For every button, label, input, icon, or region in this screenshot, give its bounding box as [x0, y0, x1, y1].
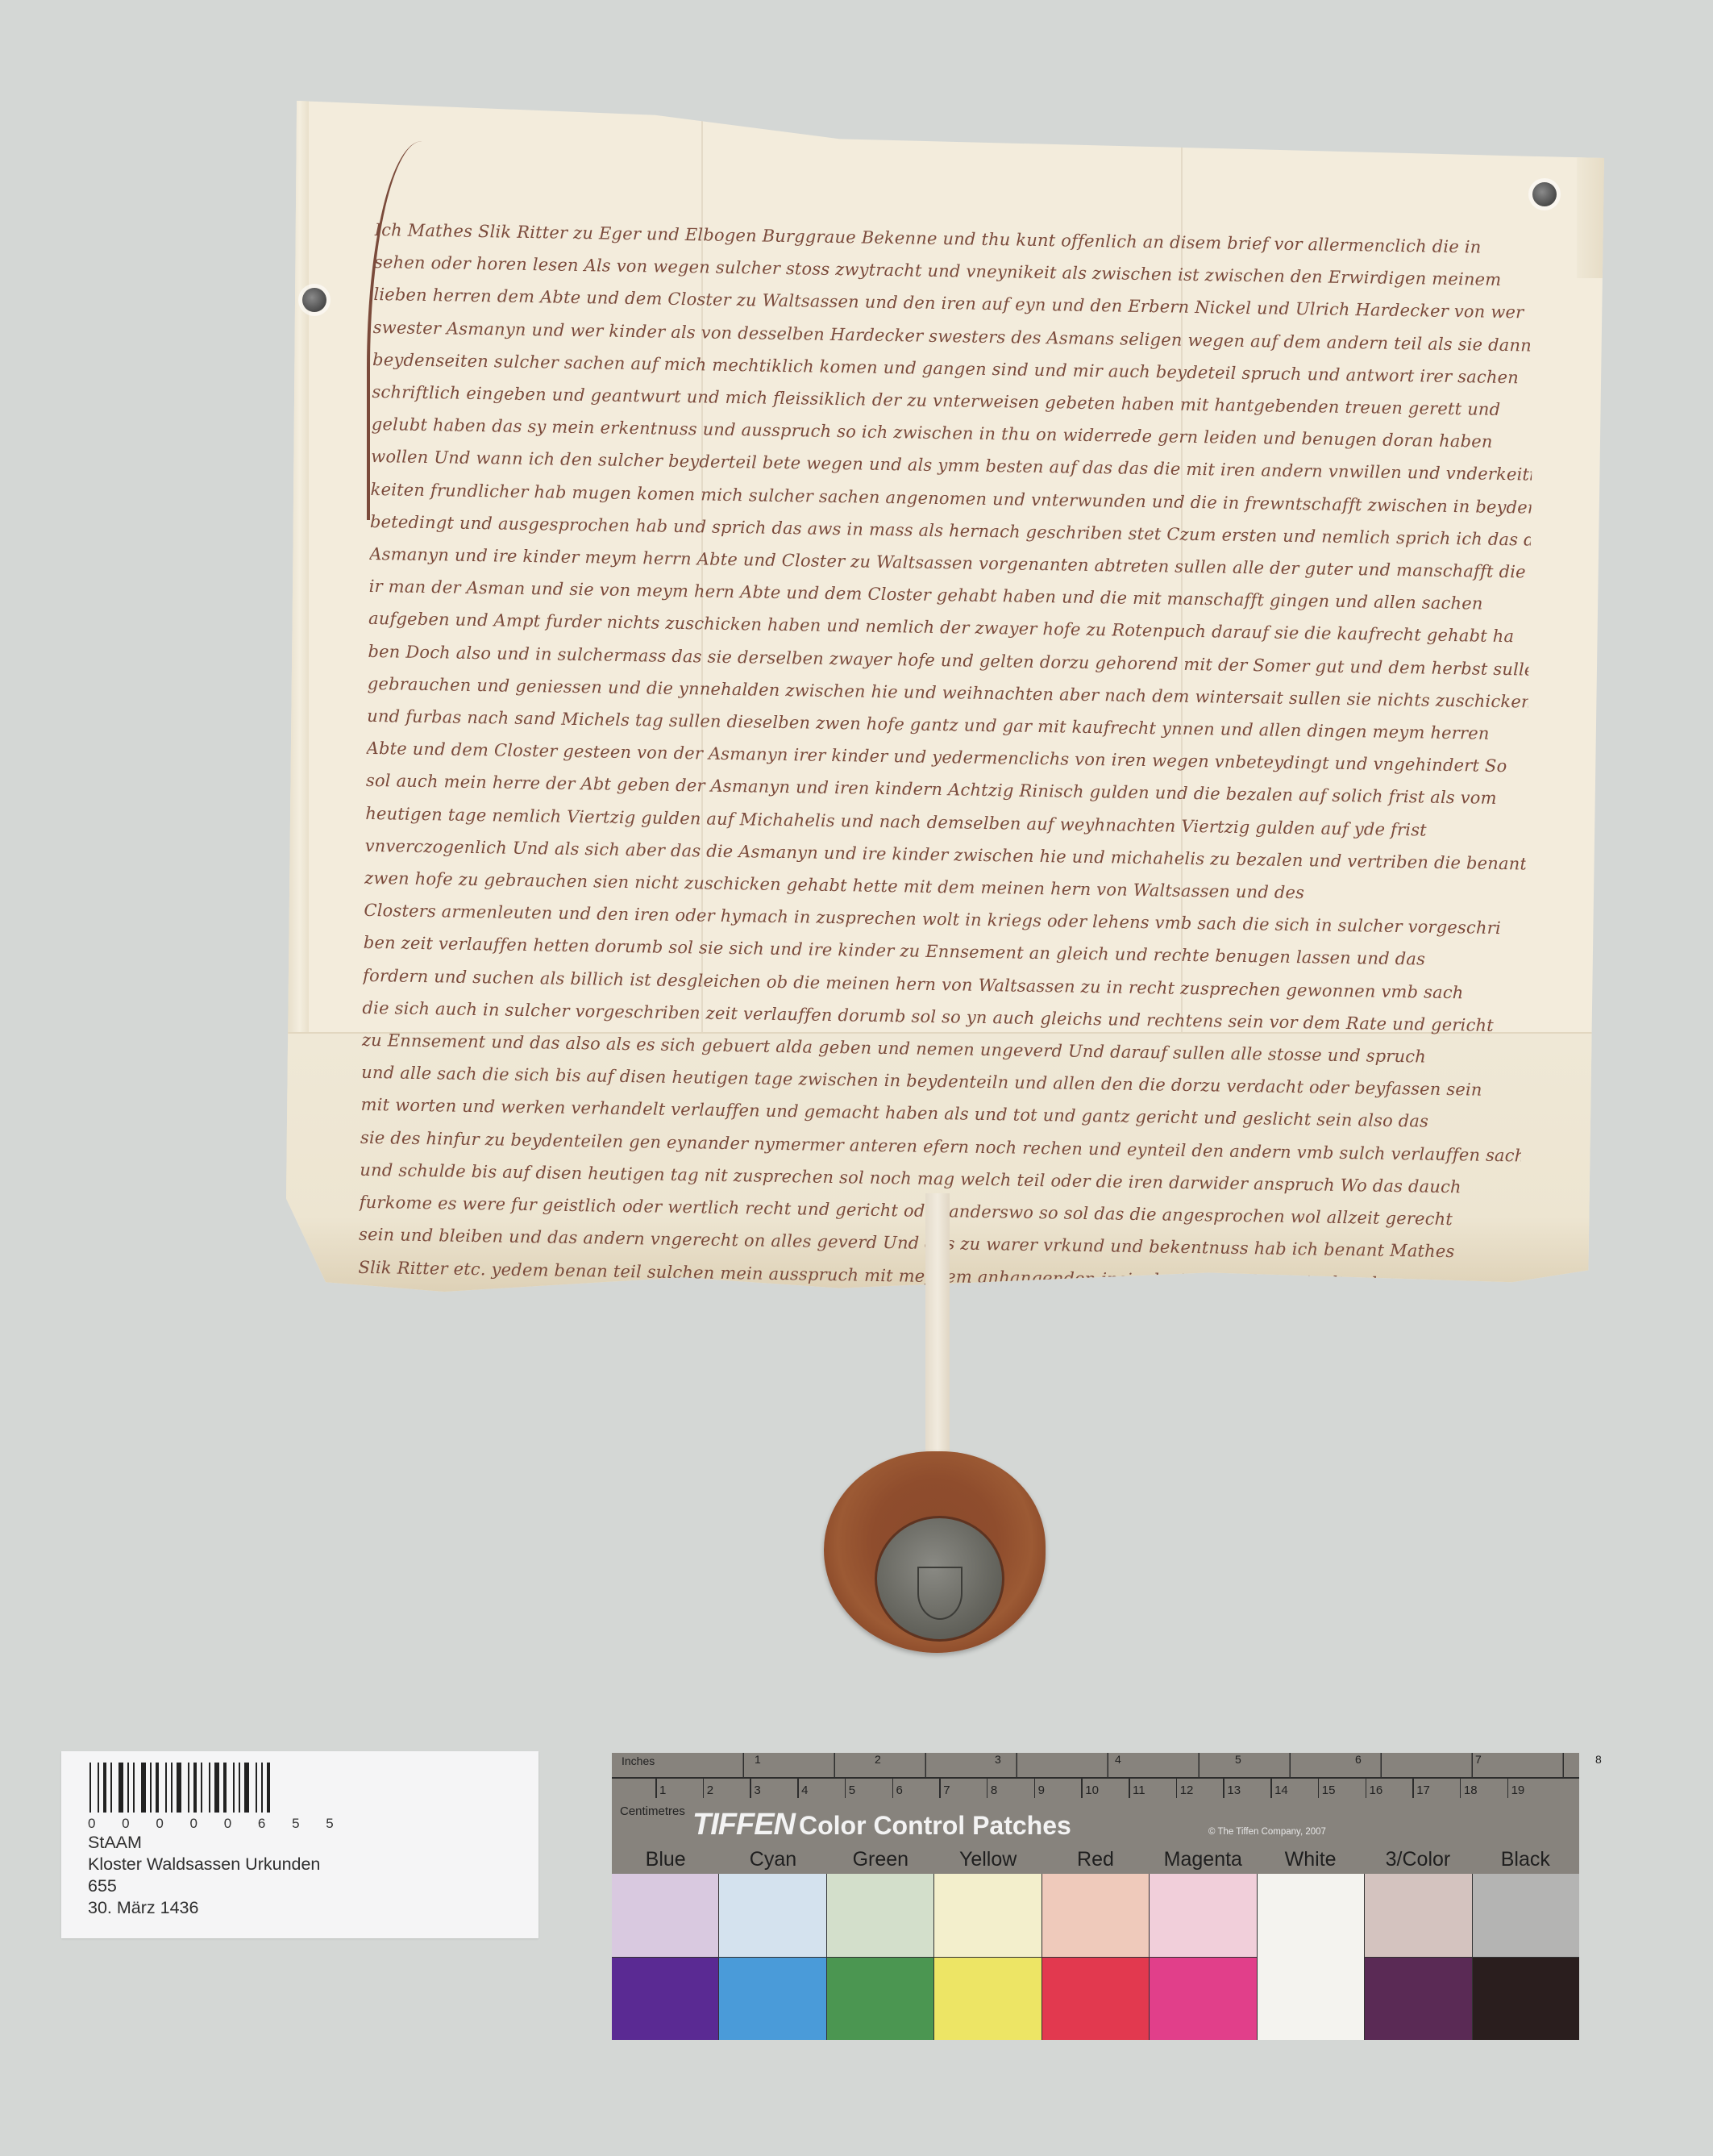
barcode-number: 0 0 0 0 0 6 5 5 — [88, 1816, 345, 1832]
cm-tick — [797, 1777, 799, 1798]
cm-tick — [703, 1777, 705, 1798]
cm-mark: 10 — [1085, 1783, 1099, 1797]
cm-mark: 13 — [1227, 1783, 1241, 1797]
barcode-bar — [244, 1763, 249, 1813]
seal-parchment-strip — [925, 1193, 950, 1459]
patch-dark — [612, 1958, 718, 2041]
barcode-bar — [141, 1763, 146, 1813]
patch-light — [827, 1874, 933, 1958]
inch-mark: 4 — [1115, 1753, 1121, 1766]
barcode-bar — [133, 1763, 135, 1813]
patch-label: 3/Color — [1364, 1848, 1471, 1871]
inch-mark: 5 — [1235, 1753, 1241, 1766]
color-patches — [612, 1874, 1579, 2040]
cm-mark: 18 — [1464, 1783, 1478, 1797]
cm-mark: 1 — [659, 1783, 666, 1797]
cm-tick — [1366, 1777, 1367, 1798]
patch-column — [1042, 1874, 1150, 2040]
cm-mark: 19 — [1511, 1783, 1525, 1797]
cm-mark: 12 — [1180, 1783, 1194, 1797]
cm-tick — [750, 1777, 751, 1798]
patch-label: White — [1257, 1848, 1364, 1871]
inch-mark: 6 — [1355, 1753, 1362, 1766]
patch-label: Cyan — [719, 1848, 826, 1871]
patch-dark — [1473, 1958, 1579, 2041]
barcode-bar — [110, 1763, 112, 1813]
centimetre-ruler: 12345678910111213141516171819 — [612, 1777, 1579, 1800]
patch-label: Yellow — [934, 1848, 1042, 1871]
cm-tick — [939, 1777, 941, 1798]
barcode-bar — [267, 1763, 270, 1813]
patch-light — [1365, 1874, 1471, 1958]
barcode-bar — [256, 1763, 257, 1813]
cm-tick — [1460, 1777, 1461, 1798]
cm-tick — [1270, 1777, 1272, 1798]
patch-column — [1258, 1874, 1365, 2040]
barcode-bar — [89, 1763, 91, 1813]
patch-dark — [1258, 1957, 1364, 2040]
centimetres-label: Centimetres — [620, 1804, 685, 1818]
cm-mark: 7 — [943, 1783, 950, 1797]
patch-light — [612, 1874, 718, 1958]
cm-tick — [1081, 1777, 1083, 1798]
document-number: 655 — [88, 1875, 320, 1897]
cm-mark: 3 — [754, 1783, 760, 1797]
patch-label: Blue — [612, 1848, 719, 1871]
patch-column — [1150, 1874, 1257, 2040]
cm-tick — [845, 1777, 846, 1798]
barcode-bar — [127, 1763, 129, 1813]
cm-mark: 5 — [849, 1783, 855, 1797]
patch-dark — [1042, 1958, 1149, 2041]
barcode-bar — [150, 1763, 152, 1813]
collection-name: Kloster Waldsassen Urkunden — [88, 1854, 320, 1875]
cm-mark: 6 — [896, 1783, 903, 1797]
chart-title: Color Control Patches — [799, 1811, 1071, 1841]
barcode-bar — [261, 1763, 263, 1813]
barcode-bar — [98, 1763, 99, 1813]
patch-column — [719, 1874, 826, 2040]
barcode — [89, 1763, 274, 1813]
archive-label: 0 0 0 0 0 6 5 5 StAAM Kloster Waldsassen… — [61, 1751, 538, 1938]
cm-tick — [1318, 1777, 1320, 1798]
patch-label: Green — [827, 1848, 934, 1871]
inch-mark: 7 — [1475, 1753, 1482, 1766]
tiffen-logo: TIFFEN — [692, 1808, 795, 1842]
inch-mark: 2 — [875, 1753, 881, 1766]
cm-mark: 11 — [1133, 1783, 1145, 1797]
inch-ruler: Inches 12345678 — [612, 1753, 1579, 1779]
patch-labels: BlueCyanGreenYellowRedMagentaWhite3/Colo… — [612, 1848, 1579, 1871]
patch-dark — [1150, 1958, 1256, 2041]
cm-tick — [1034, 1777, 1036, 1798]
barcode-bar — [156, 1763, 159, 1813]
inches-label: Inches — [622, 1754, 655, 1767]
folded-corner — [1577, 101, 1604, 278]
cm-tick — [1223, 1777, 1224, 1798]
patch-label: Red — [1042, 1848, 1149, 1871]
patch-dark — [827, 1958, 933, 2041]
cm-tick — [987, 1777, 988, 1798]
patch-dark — [719, 1958, 825, 2041]
barcode-bar — [193, 1763, 197, 1813]
inch-mark: 1 — [755, 1753, 761, 1766]
patch-column — [1473, 1874, 1579, 2040]
barcode-bar — [171, 1763, 173, 1813]
patch-column — [612, 1874, 719, 2040]
inch-mark: 3 — [995, 1753, 1001, 1766]
patch-column — [1365, 1874, 1472, 2040]
inch-mark: 8 — [1595, 1753, 1602, 1766]
patch-light — [934, 1874, 1041, 1958]
patch-light — [1042, 1874, 1149, 1958]
patch-light — [1150, 1874, 1256, 1958]
wax-seal — [824, 1451, 1046, 1653]
copyright-notice: © The Tiffen Company, 2007 — [1208, 1827, 1326, 1837]
archive-name: StAAM — [88, 1832, 320, 1854]
mounting-magnet-left — [302, 288, 326, 312]
coat-of-arms-shield — [917, 1567, 963, 1620]
patch-light — [1258, 1874, 1364, 1957]
cm-mark: 9 — [1038, 1783, 1045, 1797]
color-control-chart: Inches 12345678 123456789101112131415161… — [612, 1753, 1579, 2040]
barcode-bar — [209, 1763, 210, 1813]
patch-light — [1473, 1874, 1579, 1958]
patch-label: Magenta — [1150, 1848, 1257, 1871]
patch-column — [827, 1874, 934, 2040]
cm-tick — [1412, 1777, 1414, 1798]
patch-column — [934, 1874, 1042, 2040]
parchment-charter: Ich Mathes Slik Ritter zu Eger und Elbog… — [286, 101, 1604, 1294]
patch-light — [719, 1874, 825, 1958]
barcode-bar — [118, 1763, 123, 1813]
barcode-bar — [201, 1763, 202, 1813]
barcode-bar — [214, 1763, 219, 1813]
cm-mark: 4 — [801, 1783, 808, 1797]
barcode-bar — [177, 1763, 181, 1813]
cm-mark: 14 — [1274, 1783, 1288, 1797]
cm-mark: 8 — [991, 1783, 997, 1797]
cm-mark: 15 — [1322, 1783, 1336, 1797]
cm-tick — [1129, 1777, 1130, 1798]
cm-tick — [1507, 1777, 1509, 1798]
seal-impression — [875, 1516, 1004, 1642]
cm-tick — [1176, 1777, 1178, 1798]
patch-label: Black — [1472, 1848, 1579, 1871]
cm-mark: 2 — [707, 1783, 713, 1797]
barcode-bar — [165, 1763, 167, 1813]
cm-tick — [892, 1777, 894, 1798]
patch-dark — [934, 1958, 1041, 2041]
cm-mark: 16 — [1370, 1783, 1383, 1797]
barcode-bar — [233, 1763, 235, 1813]
mounting-magnet-right — [1532, 182, 1557, 206]
barcode-bar — [103, 1763, 106, 1813]
document-date: 30. März 1436 — [88, 1897, 320, 1919]
barcode-bar — [239, 1763, 240, 1813]
patch-dark — [1365, 1958, 1471, 2041]
cm-mark: 17 — [1416, 1783, 1430, 1797]
barcode-bar — [223, 1763, 227, 1813]
cm-tick — [655, 1777, 657, 1798]
barcode-bar — [188, 1763, 189, 1813]
